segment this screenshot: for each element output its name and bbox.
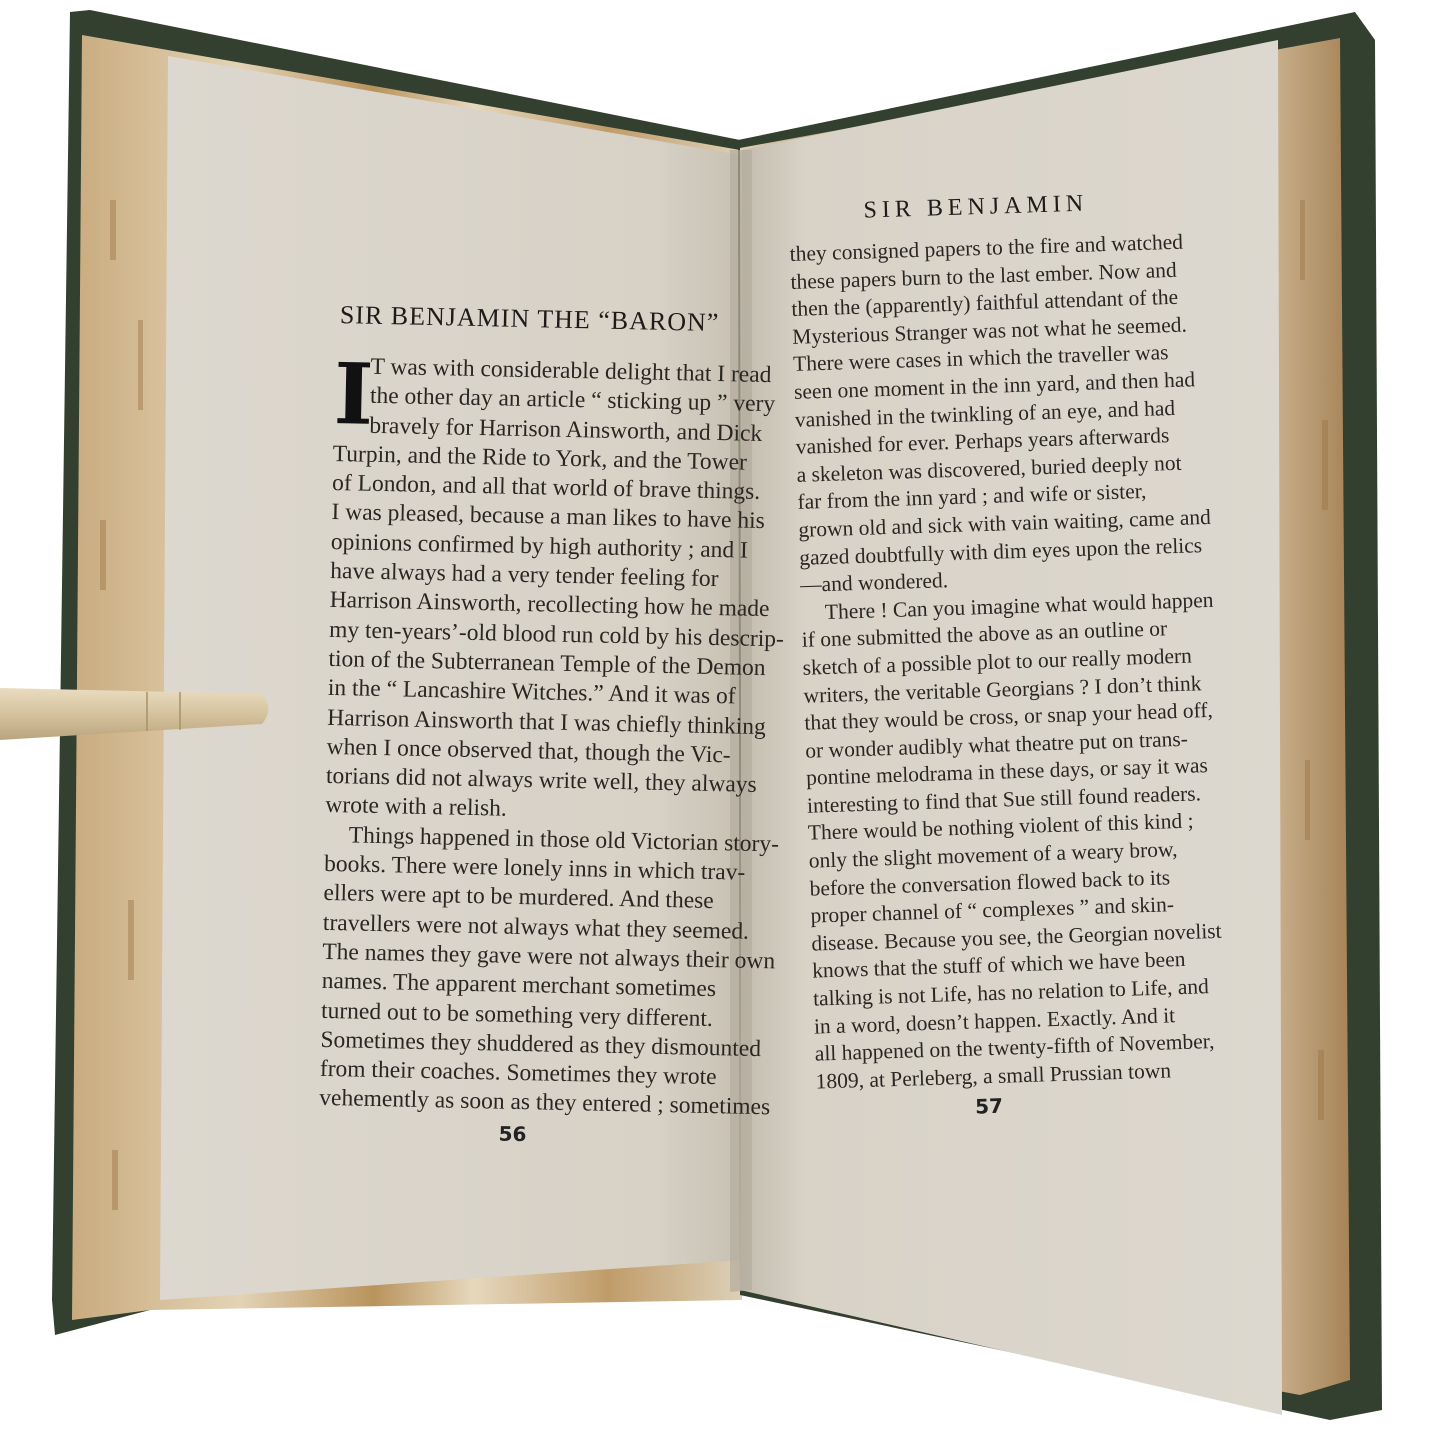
right-page-text: SIR BENJAMIN they consigned papers to th… [788,189,1162,1124]
open-book: SIR BENJAMIN THE “BARON” I T was with co… [0,0,1445,1445]
drop-cap: I [333,352,374,437]
left-page-text: SIR BENJAMIN THE “BARON” I T was with co… [318,300,724,1150]
